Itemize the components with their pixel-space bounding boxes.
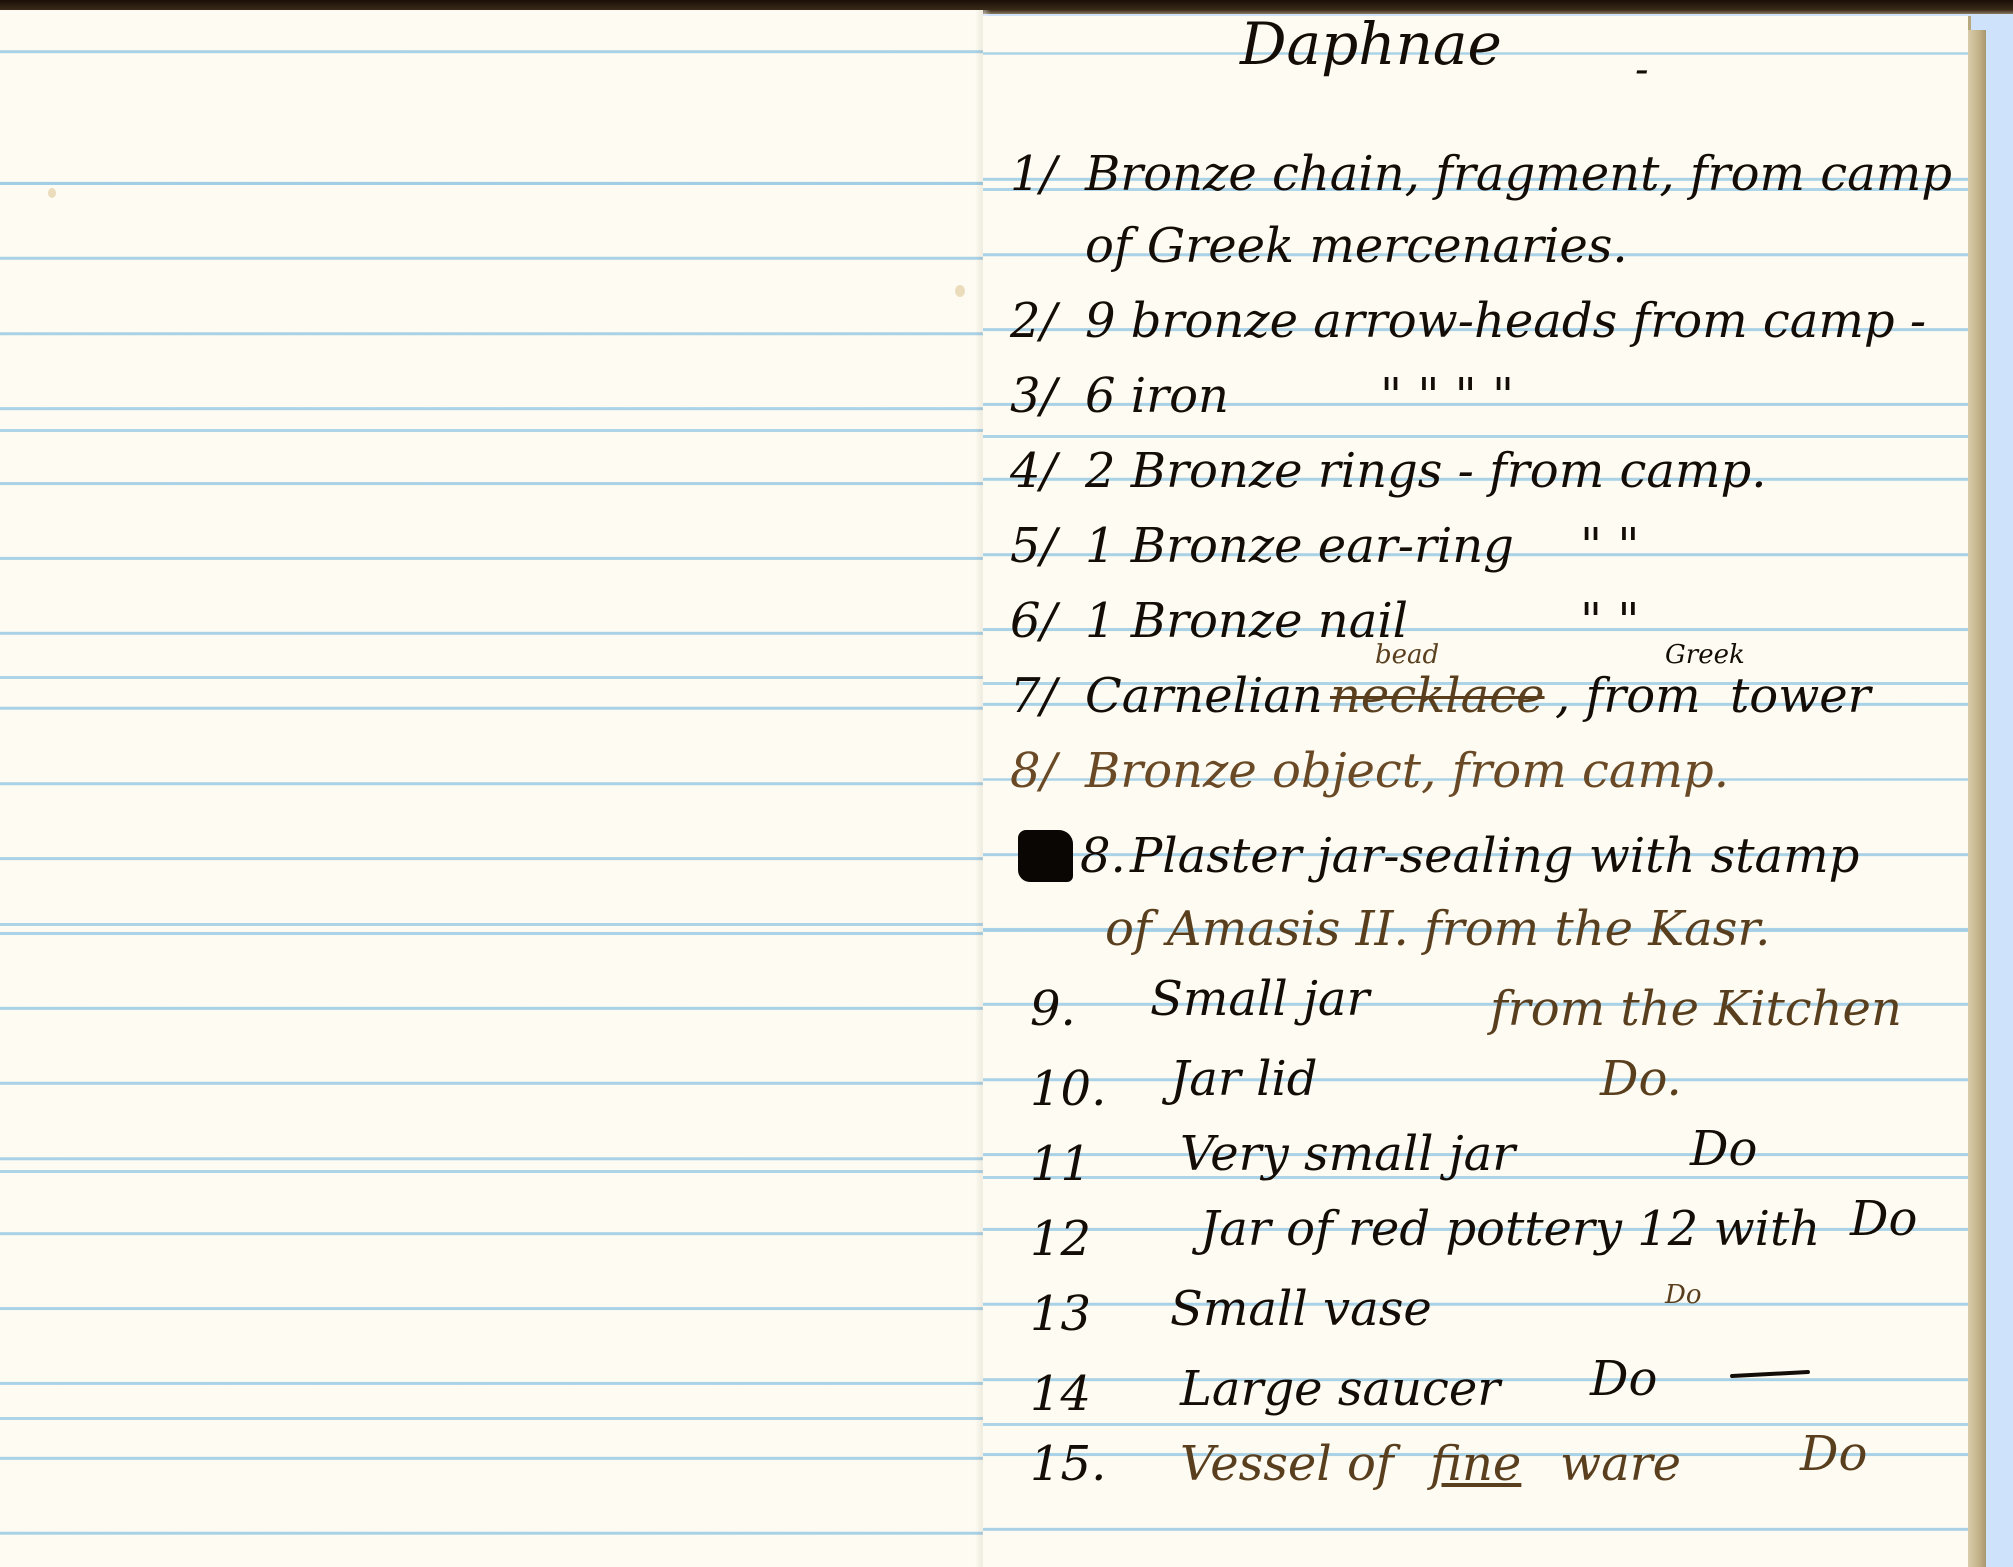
entry-number: 8/ [1010,747,1057,795]
entry-text: tower [1730,672,1871,720]
ditto-text: Do [1850,1195,1917,1243]
entry-text: Jar of red pottery 12 with [1200,1205,1820,1253]
entry-number: 4/ [1010,447,1057,495]
ditto-text: Do [1590,1355,1657,1403]
entry-text: Bronze chain, fragment, from camp [1085,150,1952,198]
ditto-text: Do [1665,1282,1702,1308]
entry-number: 14 [1030,1370,1091,1418]
ink-blot [1018,830,1073,882]
entry-text: Small jar [1150,975,1369,1023]
entry-text: , from [1555,672,1701,720]
entry-text: 1 Bronze nail [1085,597,1408,645]
entry-text: Large saucer [1180,1365,1500,1413]
ditto-marks: " " [1580,597,1639,645]
entry-number: 2/ [1010,297,1057,345]
inserted-word: Greek [1665,642,1745,668]
entry-text: Vessel of [1180,1440,1394,1488]
entry-text: 1 Bronze ear-ring [1085,522,1514,570]
inserted-word: bead [1375,642,1439,668]
entry-text: 2 Bronze rings - from camp. [1085,447,1766,495]
struck-word: necklace [1330,672,1545,720]
ditto-marks: " " " " [1380,372,1514,420]
entry-number: 13 [1030,1290,1091,1338]
entry-text: Plaster jar-sealing with stamp [1130,832,1859,880]
entry-number: 9. [1030,985,1076,1033]
entry-number: 15. [1030,1440,1106,1488]
entry-text: Jar lid [1170,1055,1318,1103]
entry-text: Carnelian [1085,672,1323,720]
entry-text: Very small jar [1180,1130,1515,1178]
entry-number: 5/ [1010,522,1057,570]
entry-number: 6/ [1010,597,1057,645]
entry-text: 9 bronze arrow-heads from camp - [1085,297,1926,345]
entry-text: Bronze object, from camp. [1085,747,1729,795]
ditto-text: Do [1690,1125,1757,1173]
entry-text: Small vase [1170,1285,1432,1333]
ditto-marks: " " [1580,522,1639,570]
underlined-word: fine [1430,1440,1521,1488]
entry-text: 6 iron [1085,372,1229,420]
entry-number: 10. [1030,1065,1106,1113]
entry-number: 12 [1030,1215,1091,1263]
ditto-text: Do. [1600,1055,1682,1103]
page-stack-edge [1968,30,1986,1567]
entry-number: 7/ [1010,672,1057,720]
left-page-ruling [0,10,983,1567]
entry-text: from the Kitchen [1490,985,1902,1033]
entry-text: ware [1560,1440,1681,1488]
page-title: Daphnae [1240,15,1502,73]
entry-number: 11 [1030,1140,1091,1188]
ditto-text: Do [1800,1430,1867,1478]
title-dash: - [1635,50,1649,90]
left-page [0,10,983,1567]
entry-number: 1/ [1010,150,1057,198]
entry-continuation: of Greek mercenaries. [1085,222,1628,270]
entry-continuation: of Amasis II. from the Kasr. [1105,905,1770,953]
paper-stain [48,188,56,198]
paper-stain [955,285,965,297]
entry-number: 8. [1080,832,1126,880]
entry-number: 3/ [1010,372,1057,420]
